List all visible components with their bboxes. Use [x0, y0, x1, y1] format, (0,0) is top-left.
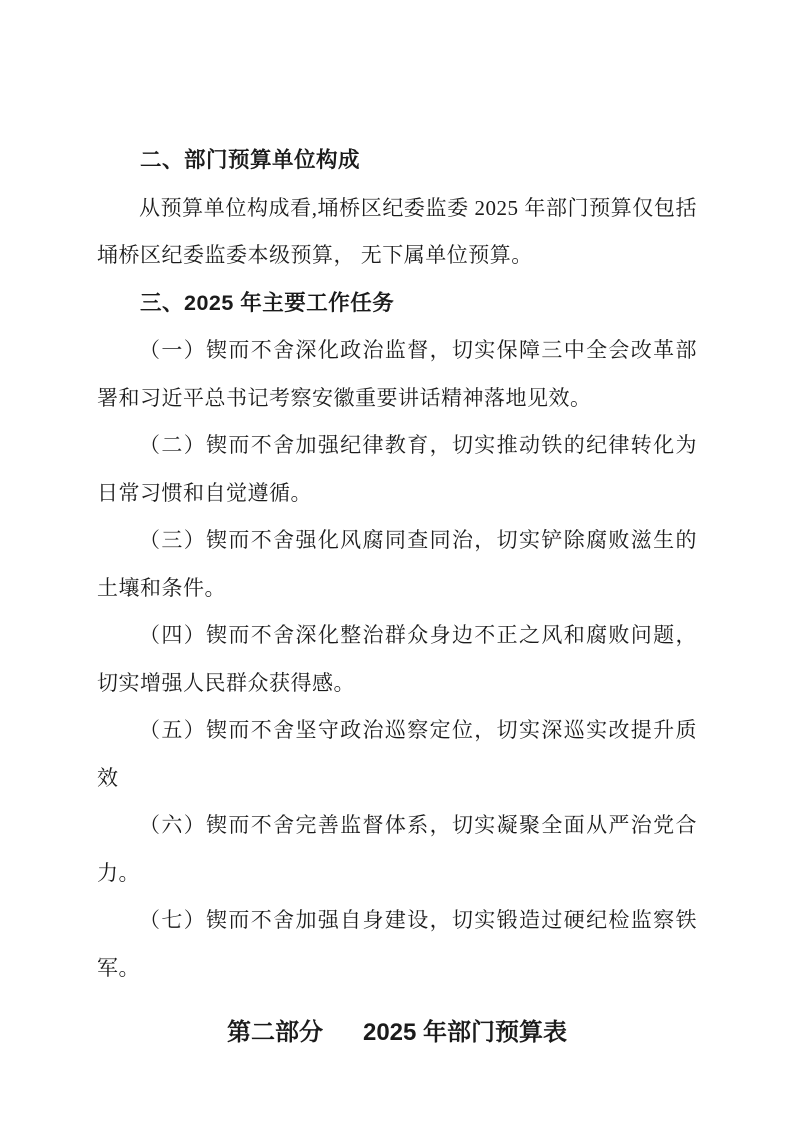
task-item-2: （二）锲而不舍加强纪律教育，切实推动铁的纪律转化为日常习惯和自觉遵循。 [97, 422, 697, 517]
task-item-4: （四）锲而不舍深化整治群众身边不正之风和腐败问题，切实增强人民群众获得感。 [97, 612, 697, 707]
part-two-title: 2025 年部门预算表 [363, 1019, 567, 1046]
task-item-1: （一）锲而不舍深化政治监督，切实保障三中全会改革部署和习近平总书记考察安徽重要讲… [97, 327, 697, 422]
task-item-3: （三）锲而不舍强化风腐同查同治，切实铲除腐败滋生的土壤和条件。 [97, 517, 697, 612]
document-body: 二、部门预算单位构成 从预算单位构成看,埇桥区纪委监委 2025 年部门预算仅包… [97, 137, 697, 1058]
section-heading-2025-main-tasks: 三、2025 年主要工作任务 [97, 280, 697, 328]
body-paragraph-budget-unit: 从预算单位构成看,埇桥区纪委监委 2025 年部门预算仅包括埇桥区纪委监委本级预… [97, 185, 697, 280]
task-item-5: （五）锲而不舍坚守政治巡察定位，切实深巡实改提升质效 [97, 707, 697, 802]
part-two-label: 第二部分 [227, 1019, 323, 1046]
document-page: 二、部门预算单位构成 从预算单位构成看,埇桥区纪委监委 2025 年部门预算仅包… [0, 0, 793, 1122]
part-two-heading: 第二部分2025 年部门预算表 [97, 1008, 697, 1058]
task-item-7: （七）锲而不舍加强自身建设，切实锻造过硬纪检监察铁军。 [97, 897, 697, 992]
task-item-6: （六）锲而不舍完善监督体系，切实凝聚全面从严治党合力。 [97, 802, 697, 897]
section-heading-budget-unit-composition: 二、部门预算单位构成 [97, 137, 697, 185]
